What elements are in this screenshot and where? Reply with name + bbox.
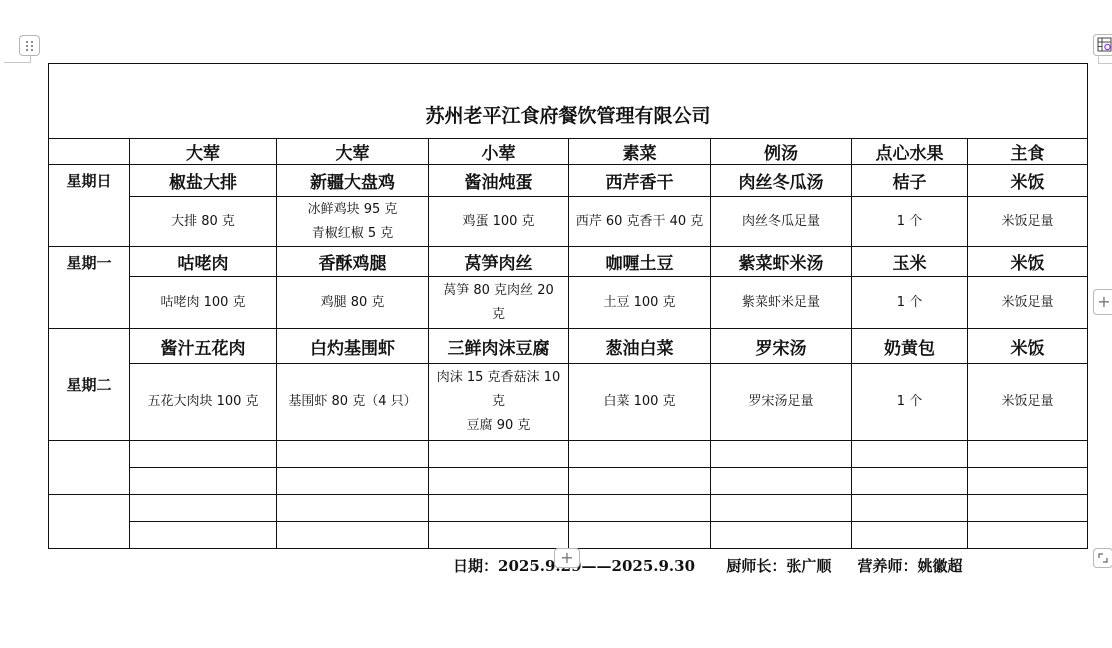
empty-cell[interactable]	[569, 441, 711, 468]
ingredient-detail-cell[interactable]: 鸡蛋 100 克	[429, 197, 569, 247]
dish-name-cell[interactable]: 酱油炖蛋	[429, 165, 569, 197]
table-title-cell[interactable]: 苏州老平江食府餐饮管理有限公司	[49, 64, 1088, 139]
ingredient-detail-cell[interactable]: 肉丝冬瓜足量	[711, 197, 852, 247]
ingredient-line: 冰鲜鸡块 95 克	[277, 198, 428, 222]
ingredient-line: 肉沫 15 克香菇沫 10	[429, 366, 568, 390]
chef-name: 张广顺	[786, 557, 831, 575]
menu-table: 苏州老平江食府餐饮管理有限公司 大荤 大荤 小荤 素菜 例汤 点心水果 主食 星…	[48, 63, 1088, 549]
ingredient-line: 1 个	[852, 291, 967, 315]
empty-cell[interactable]	[968, 441, 1088, 468]
header-cell-snack-fruit[interactable]: 点心水果	[852, 139, 968, 165]
ingredient-line: 土豆 100 克	[569, 291, 710, 315]
empty-cell[interactable]	[130, 522, 277, 549]
ingredient-detail-cell[interactable]: 莴笋 80 克肉丝 20克	[429, 277, 569, 329]
header-cell-meat-1[interactable]: 大荤	[130, 139, 277, 165]
plus-icon: +	[560, 550, 573, 566]
ingredient-line: 五花大肉块 100 克	[130, 390, 276, 414]
day-label-cell[interactable]: 星期二	[49, 329, 130, 441]
empty-cell[interactable]	[130, 495, 277, 522]
plus-icon: +	[1097, 294, 1110, 310]
dish-name-cell[interactable]: 米饭	[968, 165, 1088, 197]
dish-name-cell[interactable]: 三鲜肉沫豆腐	[429, 329, 569, 364]
header-cell-meat-2[interactable]: 大荤	[277, 139, 429, 165]
dish-name-cell[interactable]: 咕咾肉	[130, 247, 277, 277]
header-cell-vegetable[interactable]: 素菜	[569, 139, 711, 165]
table-resize-handle[interactable]	[1093, 548, 1112, 568]
empty-cell[interactable]	[569, 495, 711, 522]
drag-dots-icon	[26, 41, 34, 51]
ingredient-detail-cell[interactable]: 西芹 60 克香干 40 克	[569, 197, 711, 247]
ingredient-detail-cell[interactable]: 基围虾 80 克（4 只）	[277, 364, 429, 441]
ingredient-detail-cell[interactable]: 土豆 100 克	[569, 277, 711, 329]
empty-row	[49, 495, 1088, 522]
ingredient-line: 豆腐 90 克	[429, 414, 568, 438]
dish-name-cell[interactable]: 西芹香干	[569, 165, 711, 197]
dish-name-cell[interactable]: 椒盐大排	[130, 165, 277, 197]
ingredient-detail-cell[interactable]: 冰鲜鸡块 95 克青椒红椒 5 克	[277, 197, 429, 247]
day-label-cell[interactable]: 星期日	[49, 165, 130, 247]
ingredient-line: 鸡蛋 100 克	[429, 210, 568, 234]
empty-day-cell[interactable]	[49, 441, 130, 495]
detail-row: 咕咾肉 100 克鸡腿 80 克莴笋 80 克肉丝 20克土豆 100 克紫菜虾…	[49, 277, 1088, 329]
ingredient-line: 莴笋 80 克肉丝 20	[429, 279, 568, 303]
company-title: 苏州老平江食府餐饮管理有限公司	[426, 101, 711, 130]
dish-name-cell[interactable]: 咖喱土豆	[569, 247, 711, 277]
ingredient-line: 大排 80 克	[130, 210, 276, 234]
dish-row: 星期二酱汁五花肉白灼基围虾三鲜肉沫豆腐葱油白菜罗宋汤奶黄包米饭	[49, 329, 1088, 364]
header-row: 大荤 大荤 小荤 素菜 例汤 点心水果 主食	[49, 139, 1088, 165]
ingredient-detail-cell[interactable]: 鸡腿 80 克	[277, 277, 429, 329]
ingredient-line: 罗宋汤足量	[711, 390, 851, 414]
header-cell-staple[interactable]: 主食	[968, 139, 1088, 165]
dish-name-cell[interactable]: 奶黄包	[852, 329, 968, 364]
ingredient-detail-cell[interactable]: 白菜 100 克	[569, 364, 711, 441]
dish-name-cell[interactable]: 莴笋肉丝	[429, 247, 569, 277]
ingredient-line: 1 个	[852, 390, 967, 414]
empty-row	[49, 522, 1088, 549]
table-drag-handle[interactable]	[19, 35, 40, 56]
empty-cell[interactable]	[852, 468, 968, 495]
empty-cell[interactable]	[852, 522, 968, 549]
empty-cell[interactable]	[968, 522, 1088, 549]
empty-cell[interactable]	[852, 495, 968, 522]
ingredient-line: 1 个	[852, 210, 967, 234]
date-range: 2025.9.29——2025.9.30	[498, 557, 695, 575]
ingredient-detail-cell[interactable]: 肉沫 15 克香菇沫 10克豆腐 90 克	[429, 364, 569, 441]
empty-cell[interactable]	[130, 468, 277, 495]
ingredient-line: 基围虾 80 克（4 只）	[277, 390, 428, 414]
nutritionist-label: 营养师：	[858, 557, 918, 575]
header-cell-light-meat[interactable]: 小荤	[429, 139, 569, 165]
ingredient-detail-cell[interactable]: 紫菜虾米足量	[711, 277, 852, 329]
table-settings-icon	[1097, 37, 1112, 53]
empty-cell[interactable]	[711, 468, 852, 495]
empty-day-cell[interactable]	[49, 495, 130, 549]
add-column-button[interactable]: +	[1093, 289, 1112, 315]
ingredient-line: 克	[429, 390, 568, 414]
empty-cell[interactable]	[569, 522, 711, 549]
ingredient-line: 米饭足量	[968, 390, 1087, 414]
ingredient-line: 米饭足量	[968, 291, 1087, 315]
ingredient-line: 白菜 100 克	[569, 390, 710, 414]
dish-name-cell[interactable]: 葱油白菜	[569, 329, 711, 364]
footer-signature-line: 日期：2025.9.29——2025.9.30 厨师长：张广顺 营养师：姚徽超	[453, 555, 963, 576]
ingredient-detail-cell[interactable]: 咕咾肉 100 克	[130, 277, 277, 329]
dish-row: 星期日椒盐大排新疆大盘鸡酱油炖蛋西芹香干肉丝冬瓜汤桔子米饭	[49, 165, 1088, 197]
empty-cell[interactable]	[429, 441, 569, 468]
ingredient-line: 青椒红椒 5 克	[277, 222, 428, 246]
empty-cell[interactable]	[277, 522, 429, 549]
header-cell-soup[interactable]: 例汤	[711, 139, 852, 165]
dish-name-cell[interactable]: 白灼基围虾	[277, 329, 429, 364]
dish-name-cell[interactable]: 酱汁五花肉	[130, 329, 277, 364]
table-settings-button[interactable]	[1093, 34, 1112, 56]
empty-cell[interactable]	[968, 495, 1088, 522]
ingredient-detail-cell[interactable]: 米饭足量	[968, 277, 1088, 329]
ingredient-line: 咕咾肉 100 克	[130, 291, 276, 315]
ingredient-detail-cell[interactable]: 1 个	[852, 364, 968, 441]
empty-cell[interactable]	[711, 441, 852, 468]
dish-name-cell[interactable]: 桔子	[852, 165, 968, 197]
add-row-button[interactable]: +	[554, 548, 580, 568]
empty-cell[interactable]	[130, 441, 277, 468]
dish-name-cell[interactable]: 米饭	[968, 247, 1088, 277]
empty-row	[49, 468, 1088, 495]
dish-name-cell[interactable]: 肉丝冬瓜汤	[711, 165, 852, 197]
date-label: 日期：	[453, 557, 498, 575]
table-handle-guide	[4, 62, 31, 63]
empty-cell[interactable]	[277, 495, 429, 522]
dish-name-cell[interactable]: 玉米	[852, 247, 968, 277]
ingredient-line: 紫菜虾米足量	[711, 291, 851, 315]
ingredient-line: 肉丝冬瓜足量	[711, 210, 851, 234]
ingredient-line: 克	[429, 303, 568, 327]
ingredient-detail-cell[interactable]: 五花大肉块 100 克	[130, 364, 277, 441]
ingredient-line: 鸡腿 80 克	[277, 291, 428, 315]
ingredient-line: 米饭足量	[968, 210, 1087, 234]
ingredient-detail-cell[interactable]: 1 个	[852, 197, 968, 247]
empty-cell[interactable]	[968, 468, 1088, 495]
empty-cell[interactable]	[852, 441, 968, 468]
detail-row: 五花大肉块 100 克基围虾 80 克（4 只）肉沫 15 克香菇沫 10克豆腐…	[49, 364, 1088, 441]
empty-cell[interactable]	[569, 468, 711, 495]
empty-cell[interactable]	[711, 522, 852, 549]
nutritionist-name: 姚徽超	[918, 557, 963, 575]
empty-cell[interactable]	[277, 441, 429, 468]
empty-row	[49, 441, 1088, 468]
dish-name-cell[interactable]: 紫菜虾米汤	[711, 247, 852, 277]
empty-cell[interactable]	[429, 468, 569, 495]
empty-cell[interactable]	[429, 522, 569, 549]
ingredient-line: 西芹 60 克香干 40 克	[569, 210, 710, 234]
resize-corner-icon	[1098, 553, 1108, 563]
dish-name-cell[interactable]: 香酥鸡腿	[277, 247, 429, 277]
empty-cell[interactable]	[711, 495, 852, 522]
dish-name-cell[interactable]: 罗宋汤	[711, 329, 852, 364]
table-handle-guide	[30, 56, 31, 63]
empty-cell[interactable]	[277, 468, 429, 495]
dish-name-cell[interactable]: 新疆大盘鸡	[277, 165, 429, 197]
ingredient-detail-cell[interactable]: 大排 80 克	[130, 197, 277, 247]
table-handle-guide	[1098, 63, 1112, 64]
ingredient-detail-cell[interactable]: 罗宋汤足量	[711, 364, 852, 441]
day-label-cell[interactable]: 星期一	[49, 247, 130, 329]
header-cell-blank[interactable]	[49, 139, 130, 165]
chef-label: 厨师长：	[726, 557, 786, 575]
dish-name-cell[interactable]: 米饭	[968, 329, 1088, 364]
ingredient-detail-cell[interactable]: 米饭足量	[968, 364, 1088, 441]
dish-row: 星期一咕咾肉香酥鸡腿莴笋肉丝咖喱土豆紫菜虾米汤玉米米饭	[49, 247, 1088, 277]
empty-cell[interactable]	[429, 495, 569, 522]
detail-row: 大排 80 克冰鲜鸡块 95 克青椒红椒 5 克鸡蛋 100 克西芹 60 克香…	[49, 197, 1088, 247]
ingredient-detail-cell[interactable]: 米饭足量	[968, 197, 1088, 247]
ingredient-detail-cell[interactable]: 1 个	[852, 277, 968, 329]
